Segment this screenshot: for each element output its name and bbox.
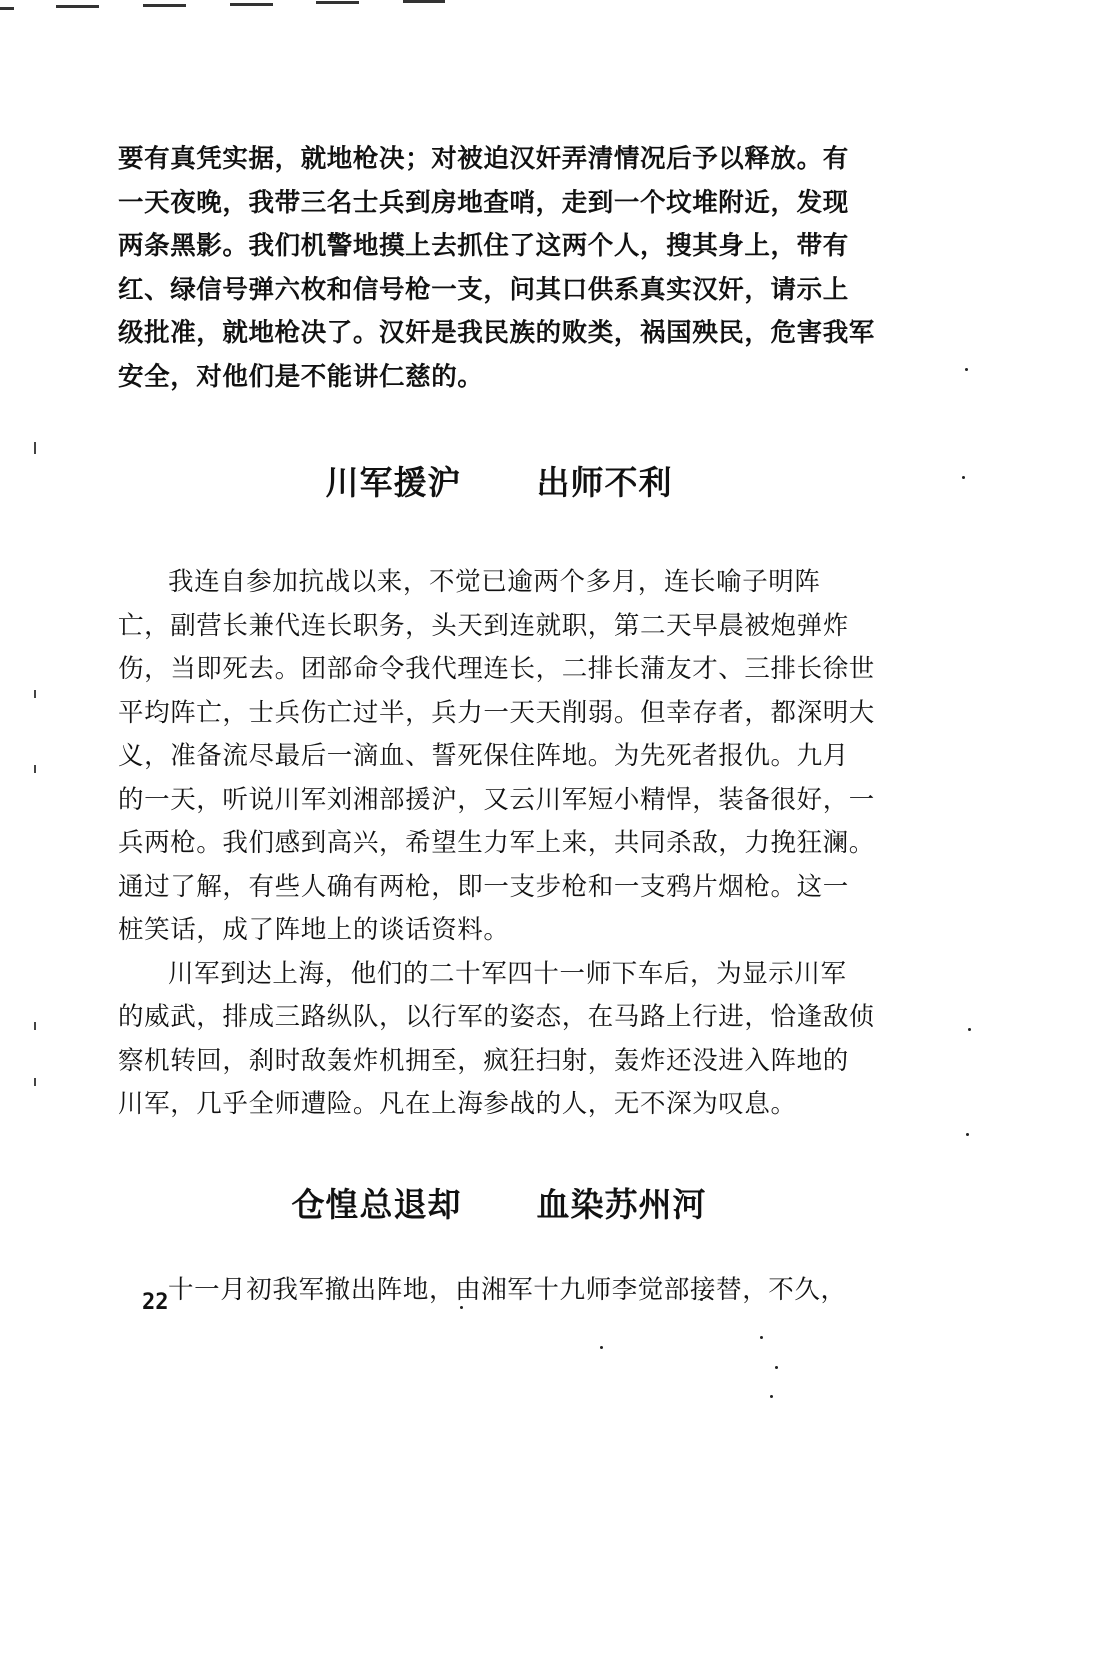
text-line: 的一天，听说川军刘湘部援沪，又云川军短小精悍，装备很好，一 (118, 779, 880, 823)
text-line: 义，准备流尽最后一滴血、誓死保住阵地。为先死者报仇。九月 (118, 735, 880, 779)
scan-artifact-rule (56, 5, 99, 8)
scan-artifact-rule (143, 4, 186, 7)
section-heading: 仓惶总退却 血染苏州河 (118, 1179, 880, 1227)
text-line: 我连自参加抗战以来，不觉已逾两个多月，连长喻子明阵 (118, 561, 880, 605)
text-line: 平均阵亡，士兵伤亡过半，兵力一天天削弱。但幸存者，都深明大 (118, 692, 880, 736)
scan-artifact-speck (962, 476, 965, 479)
text-line: 伤，当即死去。团部命令我代理连长，二排长蒲友才、三排长徐世 (118, 648, 880, 692)
scan-artifact-tick (34, 690, 36, 698)
text-line: 十一月初我军撤出阵地，由湘军十九师李觉部接替，不久， (118, 1269, 880, 1313)
text-line: 要有真凭实据，就地枪决；对被迫汉奸弄清情况后予以释放。有 (118, 138, 880, 182)
scan-artifact-tick (34, 1078, 36, 1086)
text-line: 桩笑话，成了阵地上的谈话资料。 (118, 909, 880, 953)
text-line: 察机转回，刹时敌轰炸机拥至，疯狂扫射，轰炸还没进入阵地的 (118, 1040, 880, 1084)
section-heading: 川军援沪 出师不利 (118, 457, 880, 505)
book-page: 要有真凭实据，就地枪决；对被迫汉奸弄清情况后予以释放。有 一天夜晚，我带三名士兵… (118, 138, 880, 1312)
text-line: 两条黑影。我们机警地摸上去抓住了这两个人，搜其身上，带有 (118, 225, 880, 269)
text-line: 兵两枪。我们感到高兴，希望生力军上来，共同杀敌，力挽狂澜。 (118, 822, 880, 866)
scan-artifact-rule (316, 1, 359, 4)
scan-artifact-rule (230, 3, 273, 6)
scan-artifact-speck (775, 1366, 778, 1369)
text-line: 的威武，排成三路纵队，以行军的姿态，在马路上行进，恰逢敌侦 (118, 996, 880, 1040)
scan-artifact-rule (403, 0, 445, 3)
text-line: 川军到达上海，他们的二十军四十一师下车后，为显示川军 (118, 953, 880, 997)
scan-artifact-speck (966, 1133, 969, 1136)
page-number: 22 (142, 1290, 169, 1315)
text-line: 通过了解，有些人确有两枪，即一支步枪和一支鸦片烟枪。这一 (118, 866, 880, 910)
text-line: 一天夜晚，我带三名士兵到房地查哨，走到一个坟堆附近，发现 (118, 182, 880, 226)
paragraph: 川军到达上海，他们的二十军四十一师下车后，为显示川军 的威武，排成三路纵队，以行… (118, 953, 880, 1127)
text-line: 亡，副营长兼代连长职务，头天到连就职，第二天早晨被炮弹炸 (118, 605, 880, 649)
scan-artifact-tick (34, 765, 36, 773)
text-line: 安全，对他们是不能讲仁慈的。 (118, 356, 880, 400)
scan-artifact-speck (770, 1395, 773, 1398)
scan-artifact-speck (760, 1336, 763, 1339)
scan-artifact-tick (34, 1022, 36, 1030)
scan-artifact-speck (600, 1346, 603, 1349)
scan-artifact-speck (968, 1028, 971, 1031)
text-line: 川军，几乎全师遭险。凡在上海参战的人，无不深为叹息。 (118, 1083, 880, 1127)
paragraph: 我连自参加抗战以来，不觉已逾两个多月，连长喻子明阵 亡，副营长兼代连长职务，头天… (118, 561, 880, 953)
paragraph: 十一月初我军撤出阵地，由湘军十九师李觉部接替，不久， (118, 1269, 880, 1313)
continued-paragraph: 要有真凭实据，就地枪决；对被迫汉奸弄清情况后予以释放。有 一天夜晚，我带三名士兵… (118, 138, 880, 399)
text-line: 级批准，就地枪决了。汉奸是我民族的败类，祸国殃民，危害我军 (118, 312, 880, 356)
scan-artifact-tick (34, 442, 36, 454)
text-line: 红、绿信号弹六枚和信号枪一支，问其口供系真实汉奸，请示上 (118, 269, 880, 313)
scan-artifact-speck (965, 368, 968, 371)
scan-artifact-rule (0, 7, 14, 10)
